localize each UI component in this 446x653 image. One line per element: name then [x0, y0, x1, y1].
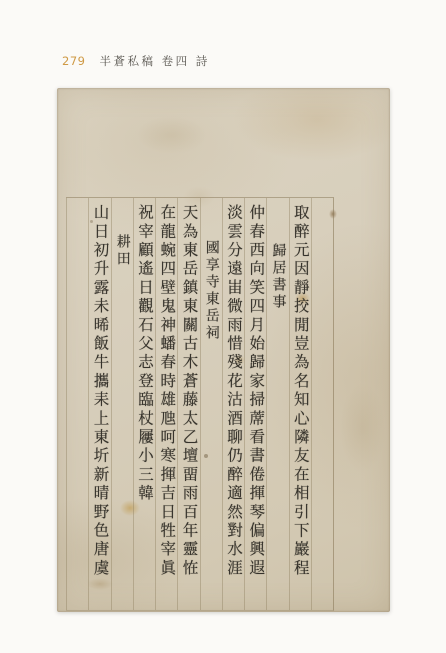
- stain-mark: [137, 116, 207, 154]
- empty-ruled-column: [66, 198, 88, 610]
- poem-text-column: 山日初升露未晞飯牛攜耒上東圻新晴野色唐虞: [88, 198, 110, 610]
- poem-title-column: 歸居書事: [266, 198, 288, 610]
- manuscript-scan: 取醉元因靜挍閒豈為名知心隣友在相引下巖程 歸居書事 仲春西向笑四月始歸家掃蓆看書…: [57, 88, 390, 612]
- stain-mark: [340, 383, 385, 473]
- page-header: 279 半蒼私稿 卷四 詩: [62, 53, 210, 69]
- poem-text-column: 取醉元因靜挍閒豈為名知心隣友在相引下巖程: [289, 198, 311, 610]
- poem-text-column: 祝宰顧遙日觀石父志登臨杖屨小三韓: [133, 198, 155, 610]
- book-title: 半蒼私稿 卷四 詩: [99, 53, 209, 69]
- book-page: { "header": { "page_number": "279", "boo…: [0, 0, 446, 653]
- text-block: 取醉元因靜挍閒豈為名知心隣友在相引下巖程 歸居書事 仲春西向笑四月始歸家掃蓆看書…: [66, 197, 334, 611]
- poem-text-column: 仲春西向笑四月始歸家掃蓆看書倦揮琴偏興遐: [244, 198, 266, 610]
- poem-title-column: 耕田: [111, 198, 133, 610]
- page-number: 279: [62, 54, 85, 68]
- poem-text-column: 天為東岳鎮東關古木蒼藤太乙壇畱雨百年靈恠: [177, 198, 199, 610]
- poem-title-column: 國享寺東岳祠: [200, 198, 222, 610]
- poem-text-column: 淡雲分遠峀微雨惜殘花沽酒聊仍醉適然對水涯: [222, 198, 244, 610]
- empty-ruled-column: [311, 198, 333, 610]
- poem-text-column: 在龍蜿四壁鬼神蟠春時雄虺呵寒揮吉日牲宰眞: [155, 198, 177, 610]
